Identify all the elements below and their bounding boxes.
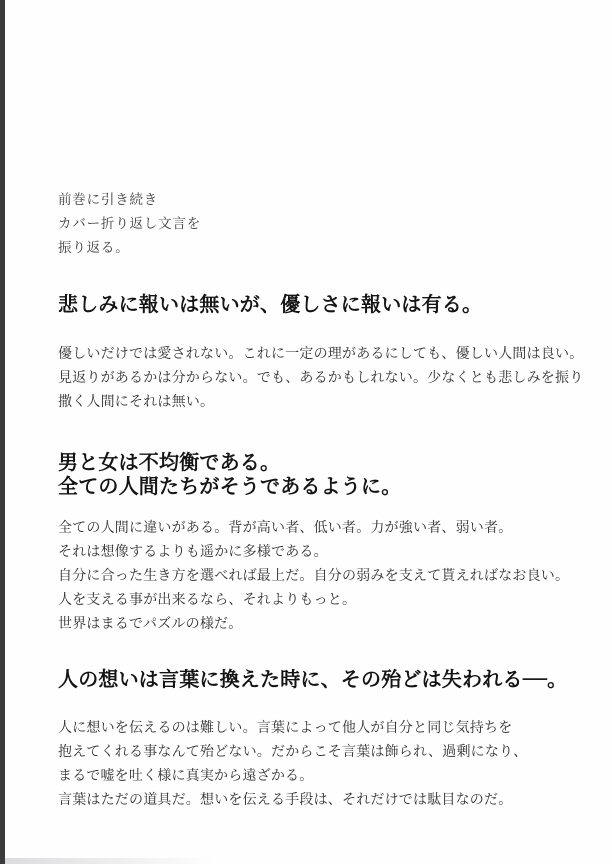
heading-line: 悲しみに報いは無いが、優しさに報いは有る。: [58, 292, 592, 316]
body-line: 優しいだけでは愛されない。これに一定の理があるにしても、優しい人間は良い。: [58, 342, 592, 366]
section-2-body: 全ての人間に違いがある。背が高い者、低い者。力が強い者、弱い者。 それは想像する…: [58, 516, 592, 636]
page-bottom-shadow: [5, 858, 215, 864]
body-line: 抱えてくれる事なんて殆どない。だからこそ言葉は飾られ、過剰になり、: [58, 740, 592, 764]
section-1-heading: 悲しみに報いは無いが、優しさに報いは有る。: [58, 292, 592, 316]
page-content: 前巻に引き続き カバー折り返し文言を 振り返る。 悲しみに報いは無いが、優しさに…: [58, 0, 592, 812]
heading-line: 全ての人間たちがそうであるように。: [58, 474, 592, 498]
body-line: 人に想いを伝えるのは難しい。言葉によって他人が自分と同じ気持ちを: [58, 716, 592, 740]
body-line: まるで嘘を吐く様に真実から遠ざかる。: [58, 764, 592, 788]
body-line: 自分に合った生き方を選べれば最上だ。自分の弱みを支えて貰えればなお良い。: [58, 564, 592, 588]
section-3-heading: 人の想いは言葉に換えた時に、その殆どは失われる──。: [58, 667, 592, 691]
heading-line: 人の想いは言葉に換えた時に、その殆どは失われる──。: [58, 667, 592, 691]
body-line: 言葉はただの道具だ。想いを伝える手段は、それだけでは駄目なのだ。: [58, 788, 592, 812]
section-1-body: 優しいだけでは愛されない。これに一定の理があるにしても、優しい人間は良い。 見返…: [58, 342, 592, 414]
intro-line: 振り返る。: [58, 236, 592, 260]
body-line: 撒く人間にそれは無い。: [58, 390, 592, 414]
section-2-heading: 男と女は不均衡である。 全ての人間たちがそうであるように。: [58, 450, 592, 498]
heading-line: 男と女は不均衡である。: [58, 450, 592, 474]
intro-note: 前巻に引き続き カバー折り返し文言を 振り返る。: [58, 188, 592, 260]
body-line: それは想像するよりも遥かに多様である。: [58, 540, 592, 564]
section-3-body: 人に想いを伝えるのは難しい。言葉によって他人が自分と同じ気持ちを 抱えてくれる事…: [58, 716, 592, 812]
body-line: 人を支える事が出来るなら、それよりもっと。: [58, 588, 592, 612]
intro-line: カバー折り返し文言を: [58, 212, 592, 236]
body-line: 見返りがあるかは分からない。でも、あるかもしれない。少なくとも悲しみを振り: [58, 366, 592, 390]
body-line: 世界はまるでパズルの様だ。: [58, 612, 592, 636]
page-spine-shadow: [0, 0, 5, 864]
intro-line: 前巻に引き続き: [58, 188, 592, 212]
body-line: 全ての人間に違いがある。背が高い者、低い者。力が強い者、弱い者。: [58, 516, 592, 540]
book-page: 前巻に引き続き カバー折り返し文言を 振り返る。 悲しみに報いは無いが、優しさに…: [0, 0, 612, 864]
